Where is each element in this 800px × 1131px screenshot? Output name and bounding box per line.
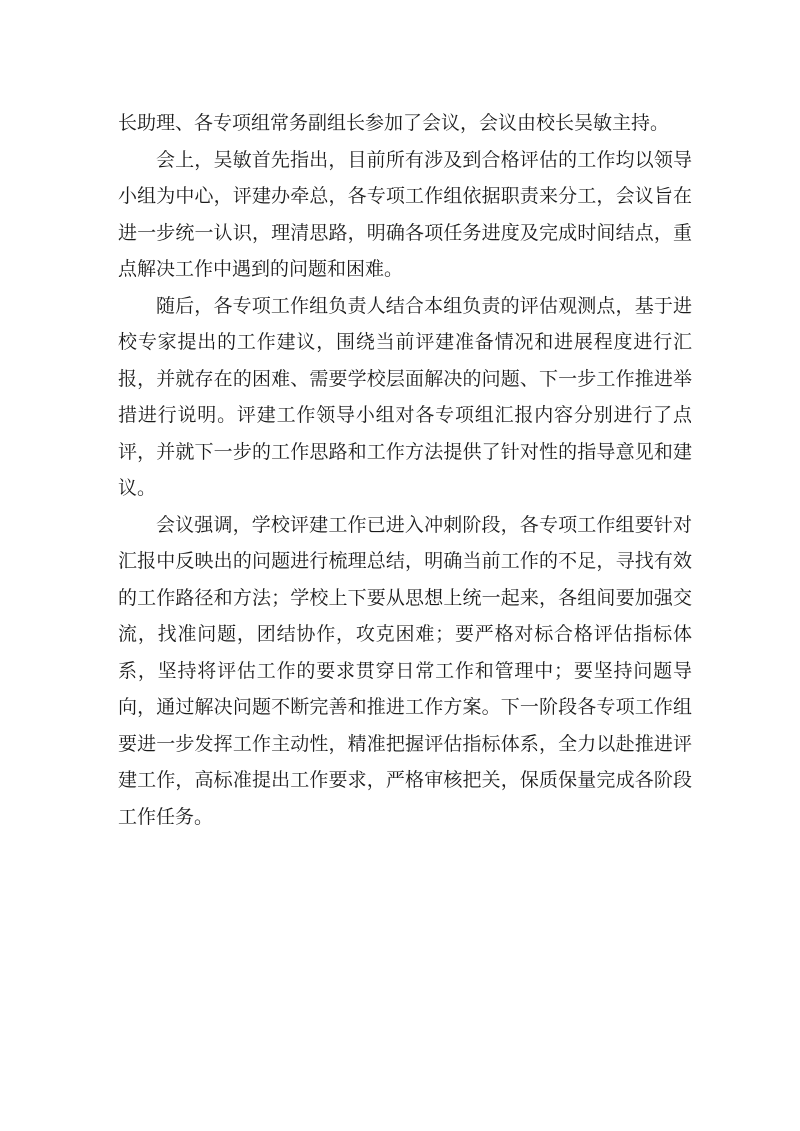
document-page: 长助理、各专项组常务副组长参加了会议，会议由校长吴敏主持。 会上，吴敏首先指出，… xyxy=(118,105,692,835)
paragraph-opening-remarks: 会上，吴敏首先指出，目前所有涉及到合格评估的工作均以领导小组为中心，评建办牵总，… xyxy=(118,142,692,288)
paragraph-group-reports: 随后，各专项工作组负责人结合本组负责的评估观测点，基于进校专家提出的工作建议，围… xyxy=(118,288,692,507)
paragraph-attendees: 长助理、各专项组常务副组长参加了会议，会议由校长吴敏主持。 xyxy=(118,105,692,142)
paragraph-meeting-emphasis: 会议强调，学校评建工作已进入冲刺阶段，各专项工作组要针对汇报中反映出的问题进行梳… xyxy=(118,507,692,836)
